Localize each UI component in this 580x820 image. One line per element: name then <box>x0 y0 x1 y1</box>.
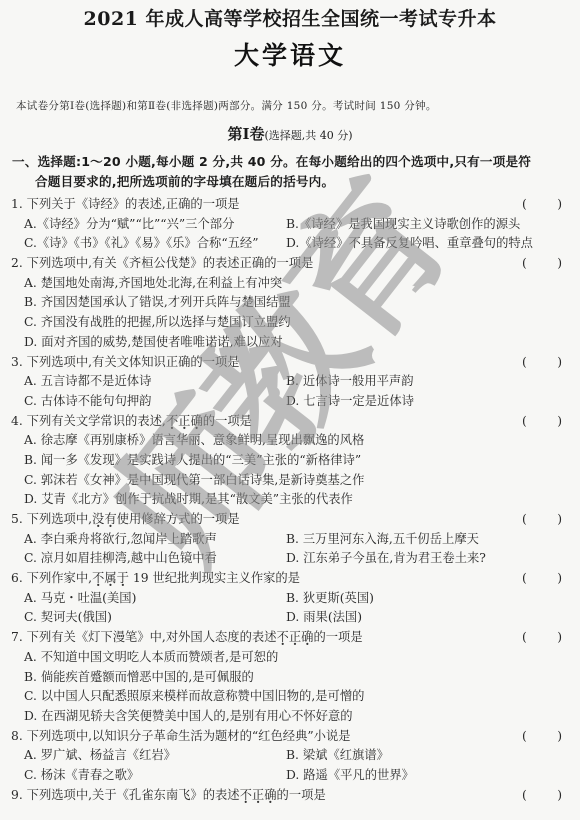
question-stem: 1. 下列关于《诗经》的表述,正确的一项是() <box>0 195 580 215</box>
option: B. 齐国因楚国承认了错误,才列开兵阵与楚国结盟 <box>0 293 580 313</box>
stem-text: 4. 下列有关文学常识的表述, <box>11 414 166 428</box>
stem-text-tail: 19 世纪批判现实主义作家的是 <box>129 571 300 585</box>
paren-open: ( <box>522 569 527 589</box>
option-row: C. 契诃夫(俄国)D. 雨果(法国) <box>0 608 580 628</box>
stem-text: 7. 下列有关《灯下漫笔》中,对外国人态度的表述 <box>11 630 277 644</box>
section-title: 第Ⅰ卷 <box>227 125 264 143</box>
emphasis-char: 属 <box>104 571 116 585</box>
emphasis-char: 确 <box>264 788 276 802</box>
paren-close: ) <box>557 569 562 589</box>
option: A. 不知道中国文明吃人本质而赞颂者,是可恕的 <box>0 648 580 668</box>
question-stem: 8. 下列选项中,以知识分子革命生活为题材的“红色经典”小说是() <box>0 727 580 747</box>
option-row: C. 凉月如眉挂柳湾,越中山色镜中看D. 江东弟子今虽在,肯为君王卷土来? <box>0 549 580 569</box>
paren-close: ) <box>557 254 562 274</box>
option: B. 梁斌《红旗谱》 <box>286 746 389 766</box>
stem-text: 5. 下列选项中, <box>11 512 92 526</box>
paren-close: ) <box>557 195 562 215</box>
option-row: C. 古体诗不能句句押韵D. 七言诗一定是近体诗 <box>0 392 580 412</box>
instructions-line-2: 合题目要求的,把所选项前的字母填在题后的括号内。 <box>12 172 572 192</box>
option-row: A. 马克・吐温(美国)B. 狄更斯(英国) <box>0 589 580 609</box>
option: D. 路遥《平凡的世界》 <box>286 766 414 786</box>
paren-open: ( <box>522 628 527 648</box>
emphasis-char: 不 <box>240 788 252 802</box>
option: C. 古体诗不能句句押韵 <box>24 392 151 412</box>
question-stem: 5. 下列选项中,没有使用修辞方式的一项是() <box>0 510 580 530</box>
stem-text: 8. 下列选项中,以知识分子革命生活为题材的“红色经典”小说是 <box>11 729 351 743</box>
option: D. 艾青《北方》创作于抗战时期,是其“散文美”主张的代表作 <box>0 490 580 510</box>
option: C. 杨沫《青春之歌》 <box>24 766 139 786</box>
emphasis-char: 正 <box>178 414 190 428</box>
answer-blank[interactable]: () <box>522 195 562 215</box>
stem-emphasis: 不属于 <box>92 571 129 585</box>
option: C. 以中国人只配悉照原来模样而故意称赞中国旧物的,是可憎的 <box>0 687 580 707</box>
paren-open: ( <box>522 786 527 806</box>
paren-close: ) <box>557 727 562 747</box>
emphasis-char: 不 <box>92 571 104 585</box>
option: A. 马克・吐温(美国) <box>24 589 136 609</box>
paren-open: ( <box>522 195 527 215</box>
option-row: C.《诗》《书》《礼》《易》《乐》合称“五经”D.《诗经》不具备反复吟唱、重章叠… <box>0 234 580 254</box>
paren-close: ) <box>557 786 562 806</box>
stem-text: 9. 下列选项中,关于《孔雀东南飞》的表述 <box>11 788 240 802</box>
option-row: A. 罗广斌、杨益言《红岩》B. 梁斌《红旗谱》 <box>0 746 580 766</box>
paren-open: ( <box>522 510 527 530</box>
stem-text-tail: 的一项是 <box>313 630 362 644</box>
question-stem: 2. 下列选项中,有关《齐桓公伐楚》的表述正确的一项是() <box>0 254 580 274</box>
answer-blank[interactable]: () <box>522 510 562 530</box>
answer-blank[interactable]: () <box>522 628 562 648</box>
option: A. 楚国地处南海,齐国地处北海,在利益上有冲突 <box>0 274 580 294</box>
stem-emphasis: 不正确 <box>240 788 277 802</box>
option: C. 凉月如眉挂柳湾,越中山色镜中看 <box>24 549 217 569</box>
option: D. 雨果(法国) <box>286 608 362 628</box>
option: A. 徐志摩《再别康桥》语言华丽、意象鲜明,呈现出飘逸的风格 <box>0 431 580 451</box>
stem-text-tail: 的一项是 <box>277 788 326 802</box>
answer-blank[interactable]: () <box>522 254 562 274</box>
paren-open: ( <box>522 353 527 373</box>
option: C. 郭沫若《女神》是中国现代第一部白话诗集,是新诗奠基之作 <box>0 471 580 491</box>
option: C. 齐国没有战胜的把握,所以选择与楚国订立盟约 <box>0 313 580 333</box>
subject-title: 大学语文 <box>0 36 580 72</box>
option: B. 闻一多《发现》是实践诗人提出的“三美”主张的“新格律诗” <box>0 451 580 471</box>
question-stem: 9. 下列选项中,关于《孔雀东南飞》的表述不正确的一项是() <box>0 786 580 806</box>
question-stem: 4. 下列有关文学常识的表述,不正确的一项是() <box>0 412 580 432</box>
emphasis-char: 正 <box>289 630 301 644</box>
question-stem: 6. 下列作家中,不属于 19 世纪批判现实主义作家的是() <box>0 569 580 589</box>
question-stem: 3. 下列选项中,有关文体知识正确的一项是() <box>0 353 580 373</box>
option-row: A. 李白乘舟将欲行,忽闻岸上踏歌声B. 三万里河东入海,五千仞岳上摩天 <box>0 530 580 550</box>
stem-emphasis: 不正确 <box>166 414 203 428</box>
paren-open: ( <box>522 254 527 274</box>
exam-intro: 本试卷分第Ⅰ卷(选择题)和第Ⅱ卷(非选择题)两部分。满分 150 分。考试时间 … <box>16 98 576 113</box>
option: B. 三万里河东入海,五千仞岳上摩天 <box>286 530 479 550</box>
emphasis-char: 不 <box>166 414 178 428</box>
emphasis-char: 不 <box>277 630 289 644</box>
option-row: A. 五言诗都不是近体诗B. 近体诗一般用平声韵 <box>0 372 580 392</box>
exam-title: 2021 年成人高等学校招生全国统一考试专升本 <box>0 4 580 31</box>
option: B.《诗经》是我国现实主义诗歌创作的源头 <box>286 215 520 235</box>
stem-text: 3. 下列选项中,有关文体知识正确的一项是 <box>11 355 240 369</box>
emphasis-char: 没 <box>92 512 104 526</box>
option: D. 七言诗一定是近体诗 <box>286 392 414 412</box>
stem-emphasis: 不正确 <box>277 630 314 644</box>
option: C. 契诃夫(俄国) <box>24 608 112 628</box>
stem-emphasis: 没有 <box>92 512 117 526</box>
paren-close: ) <box>557 628 562 648</box>
instructions: 一、选择题:1～20 小题,每小题 2 分,共 40 分。在每小题给出的四个选项… <box>12 152 572 192</box>
option: A. 罗广斌、杨益言《红岩》 <box>24 746 176 766</box>
paren-close: ) <box>557 510 562 530</box>
option: B. 狄更斯(英国) <box>286 589 374 609</box>
option: A. 五言诗都不是近体诗 <box>24 372 151 392</box>
answer-blank[interactable]: () <box>522 569 562 589</box>
section-heading: 第Ⅰ卷(选择题,共 40 分) <box>0 123 580 144</box>
emphasis-char: 正 <box>252 788 264 802</box>
answer-blank[interactable]: () <box>522 412 562 432</box>
option-row: A.《诗经》分为“赋”“比”“兴”三个部分B.《诗经》是我国现实主义诗歌创作的源… <box>0 215 580 235</box>
stem-text-tail: 的一项是 <box>203 414 252 428</box>
answer-blank[interactable]: () <box>522 353 562 373</box>
stem-text-tail: 使用修辞方式的一项是 <box>117 512 240 526</box>
paren-close: ) <box>557 353 562 373</box>
option: A. 李白乘舟将欲行,忽闻岸上踏歌声 <box>24 530 217 550</box>
paren-close: ) <box>557 412 562 432</box>
question-list: 1. 下列关于《诗经》的表述,正确的一项是()A.《诗经》分为“赋”“比”“兴”… <box>0 195 580 805</box>
question-stem: 7. 下列有关《灯下漫笔》中,对外国人态度的表述不正确的一项是() <box>0 628 580 648</box>
option: D.《诗经》不具备反复吟唱、重章叠句的特点 <box>286 234 533 254</box>
emphasis-char: 于 <box>117 571 129 585</box>
exam-page: 2021 年成人高等学校招生全国统一考试专升本 大学语文 本试卷分第Ⅰ卷(选择题… <box>0 0 580 820</box>
emphasis-char: 确 <box>301 630 313 644</box>
emphasis-char: 确 <box>190 414 202 428</box>
stem-text: 1. 下列关于《诗经》的表述,正确的一项是 <box>11 197 240 211</box>
option-row: C. 杨沫《青春之歌》D. 路遥《平凡的世界》 <box>0 766 580 786</box>
answer-blank[interactable]: () <box>522 786 562 806</box>
section-subtitle: (选择题,共 40 分) <box>264 129 352 142</box>
option: D. 江东弟子今虽在,肯为君王卷土来? <box>286 549 486 569</box>
paren-open: ( <box>522 727 527 747</box>
answer-blank[interactable]: () <box>522 727 562 747</box>
option: A.《诗经》分为“赋”“比”“兴”三个部分 <box>24 215 234 235</box>
stem-text: 2. 下列选项中,有关《齐桓公伐楚》的表述正确的一项是 <box>11 256 313 270</box>
option: B. 近体诗一般用平声韵 <box>286 372 414 392</box>
instructions-line-1: 一、选择题:1～20 小题,每小题 2 分,共 40 分。在每小题给出的四个选项… <box>12 154 531 169</box>
option: D. 在西湖见轿夫含笑便赞美中国人的,是别有用心不怀好意的 <box>0 707 580 727</box>
stem-text: 6. 下列作家中, <box>11 571 92 585</box>
option: D. 面对齐国的威势,楚国使者唯唯诺诺,难以应对 <box>0 333 580 353</box>
option: B. 倘能疾首蹙额而憎恶中国的,是可佩服的 <box>0 668 580 688</box>
emphasis-char: 有 <box>104 512 116 526</box>
paren-open: ( <box>522 412 527 432</box>
option: C.《诗》《书》《礼》《易》《乐》合称“五经” <box>24 234 259 254</box>
